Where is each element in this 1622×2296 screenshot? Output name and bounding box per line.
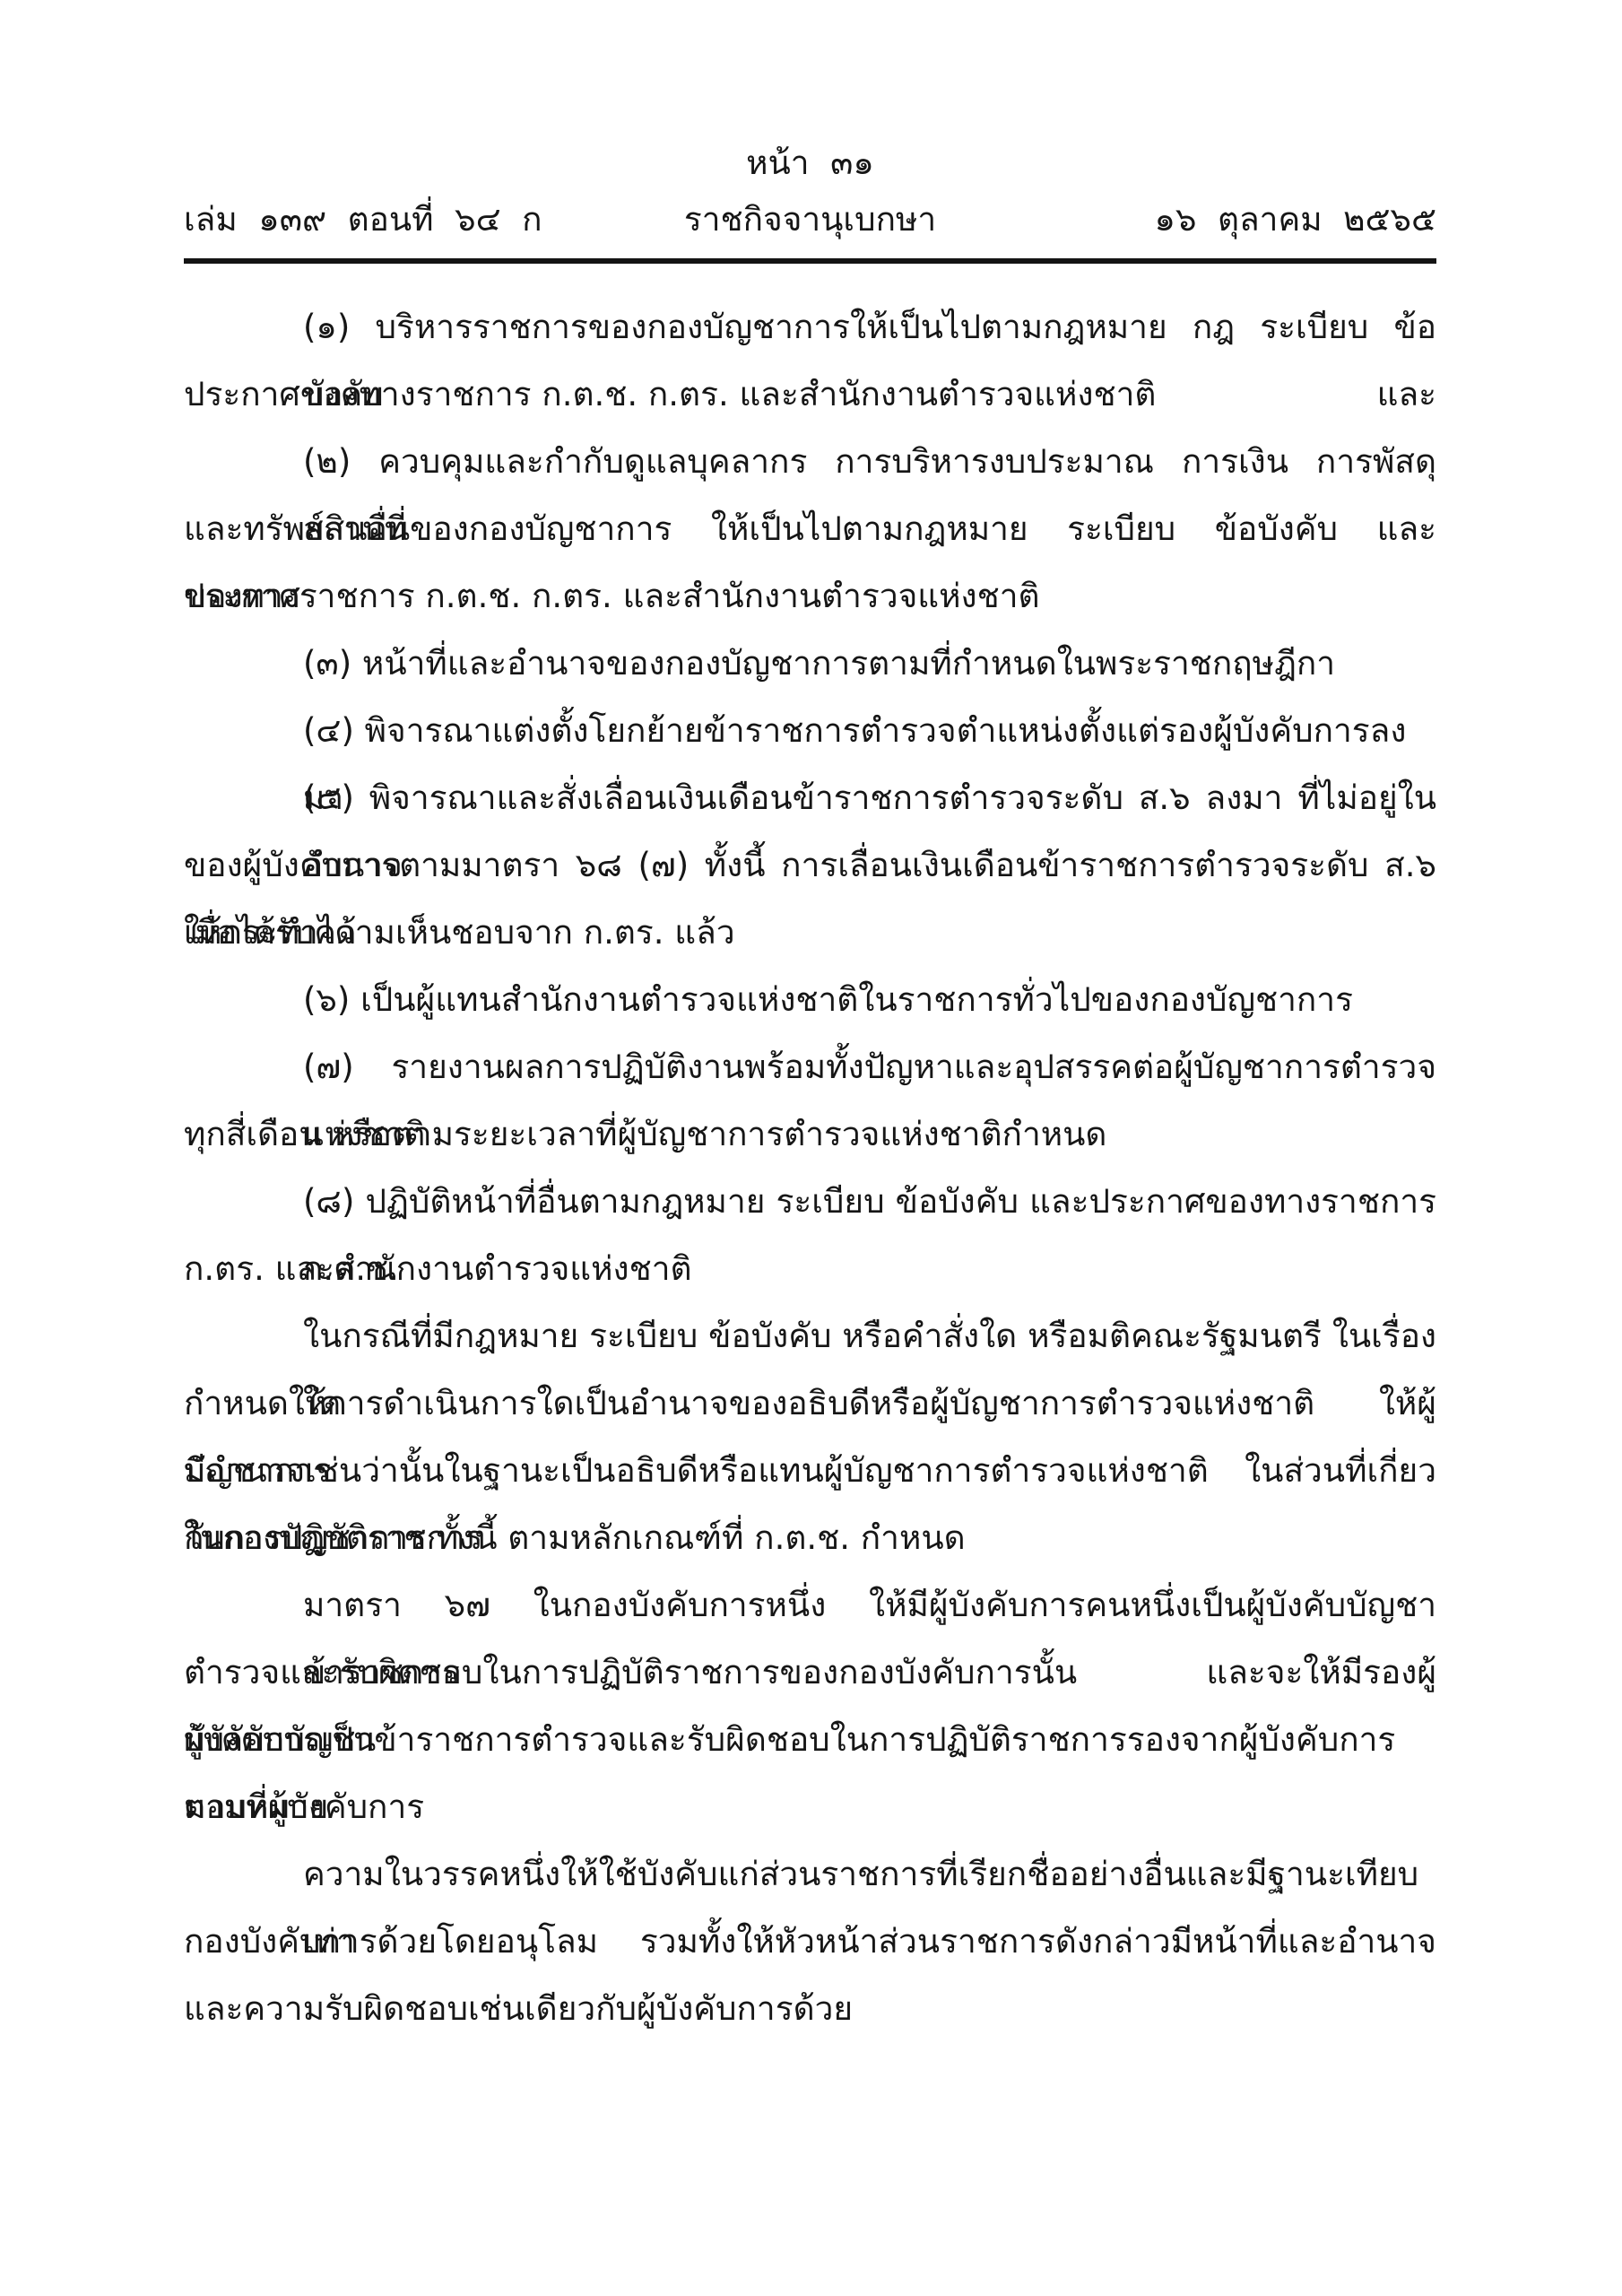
text-line: เมื่อได้รับความเห็นชอบจาก ก.ตร. แล้ว [184, 899, 1436, 966]
text-line: ก.ตร. และสำนักงานตำรวจแห่งชาติ [184, 1235, 1436, 1302]
header-row: เล่ม ๑๓๙ ตอนที่ ๖๔ ก ราชกิจจานุเบกษา ๑๖ … [184, 197, 1436, 242]
header-date: ๑๖ ตุลาคม ๒๕๖๕ [1154, 197, 1436, 242]
text-line: ตำรวจและรับผิดชอบในการปฏิบัติราชการของกอ… [184, 1639, 1436, 1706]
text-line: มีอำนาจเช่นว่านั้นในฐานะเป็นอธิบดีหรือแท… [184, 1437, 1436, 1504]
document-lines: (๑) บริหารราชการของกองบัญชาการให้เป็นไปต… [184, 293, 1436, 2042]
text-line: ของผู้บังคับการตามมาตรา ๖๘ (๗) ทั้งนี้ ก… [184, 831, 1436, 899]
page-header: หน้า ๓๑ เล่ม ๑๓๙ ตอนที่ ๖๔ ก ราชกิจจานุเ… [184, 142, 1436, 242]
text-line: ของทางราชการ ก.ต.ช. ก.ตร. และสำนักงานตำร… [184, 562, 1436, 630]
text-line: ในกรณีที่มีกฎหมาย ระเบียบ ข้อบังคับ หรือ… [184, 1302, 1436, 1370]
text-line: ผู้บังคับบัญชาข้าราชการตำรวจและรับผิดชอบ… [184, 1706, 1436, 1773]
text-line: (๗) รายงานผลการปฏิบัติงานพร้อมทั้งปัญหาแ… [184, 1033, 1436, 1100]
page-number: หน้า ๓๑ [184, 142, 1436, 185]
text-line: (๖) เป็นผู้แทนสำนักงานตำรวจแห่งชาติในราช… [184, 966, 1436, 1033]
text-line: กองบังคับการด้วยโดยอนุโลม รวมทั้งให้หัวห… [184, 1908, 1436, 1975]
gazette-page: หน้า ๓๑ เล่ม ๑๓๙ ตอนที่ ๖๔ ก ราชกิจจานุเ… [0, 0, 1622, 2296]
text-line: ทุกสี่เดือน หรือตามระยะเวลาที่ผู้บัญชากา… [184, 1100, 1436, 1168]
text-line: (๔) พิจารณาแต่งตั้งโยกย้ายข้าราชการตำรวจ… [184, 697, 1436, 764]
text-line: (๒) ควบคุมและกำกับดูแลบุคลากร การบริหารง… [184, 428, 1436, 495]
header-rule [184, 258, 1436, 264]
text-line: (๓) หน้าที่และอำนาจของกองบัญชาการตามที่ก… [184, 630, 1436, 697]
text-line: มาตรา ๖๗ ในกองบังคับการหนึ่ง ให้มีผู้บัง… [184, 1571, 1436, 1639]
text-line: (๘) ปฏิบัติหน้าที่อื่นตามกฎหมาย ระเบียบ … [184, 1168, 1436, 1235]
text-line: และความรับผิดชอบเช่นเดียวกับผู้บังคับการ… [184, 1975, 1436, 2042]
text-line: กำหนดให้การดำเนินการใดเป็นอำนาจของอธิบดี… [184, 1370, 1436, 1437]
text-line: (๕) พิจารณาและสั่งเลื่อนเงินเดือนข้าราชก… [184, 764, 1436, 831]
text-line: ความในวรรคหนึ่งให้ใช้บังคับแก่ส่วนราชการ… [184, 1840, 1436, 1908]
text-line: (๑) บริหารราชการของกองบัญชาการให้เป็นไปต… [184, 293, 1436, 361]
text-line: และทรัพย์สินอื่นของกองบัญชาการ ให้เป็นไป… [184, 495, 1436, 562]
text-line: ในกองบัญชาการ ทั้งนี้ ตามหลักเกณฑ์ที่ ก.… [184, 1504, 1436, 1571]
